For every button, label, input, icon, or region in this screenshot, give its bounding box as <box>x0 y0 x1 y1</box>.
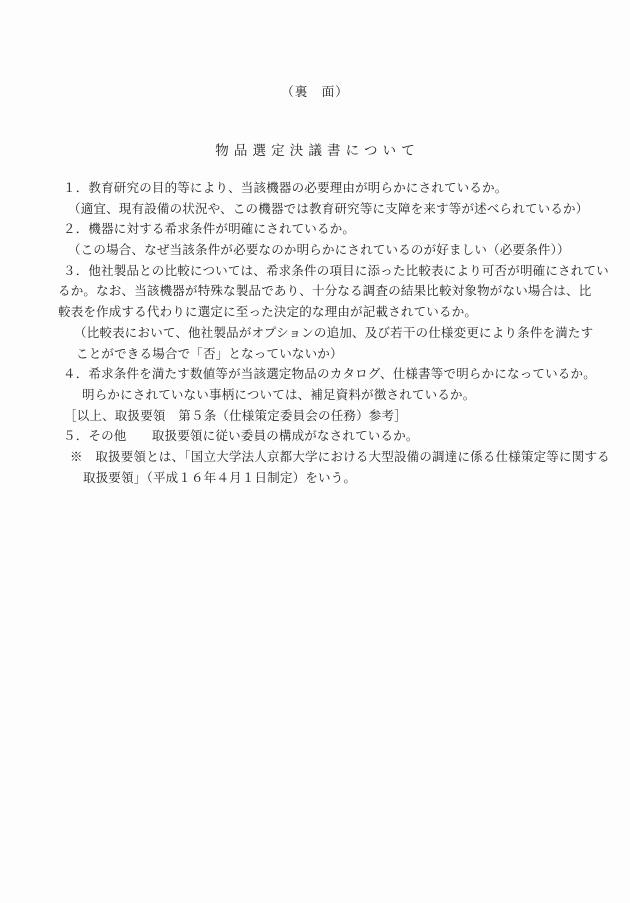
body-line-item-4: ４．希求条件を満たす数値等が当該選定物品のカタログ、仕様書等で明らかになっている… <box>0 364 630 385</box>
body-line-item-1-note: （適宜、現有設備の状況や、この機器では教育研究等に支障を来す等が述べられているか… <box>0 199 630 220</box>
body-line-reference: ［以上、取扱要領 第５条（仕様策定委員会の任務）参考］ <box>0 406 630 427</box>
document-page: （裏 面） 物品選定決議書について １．教育研究の目的等により、当該機器の必要理… <box>0 0 630 903</box>
body-line-item-3-cont-1: るか。なお、当該機器が特殊な製品であり、十分なる調査の結果比較対象物がない場合は… <box>0 281 630 302</box>
body-line-footnote: ※ 取扱要領とは、「国立大学法人京都大学における大型設備の調達に係る仕様策定等に… <box>0 447 630 468</box>
body-line-item-2: ２．機器に対する希求条件が明確にされているか。 <box>0 219 630 240</box>
document-title: 物品選定決議書について <box>0 139 630 159</box>
page-side-label: （裏 面） <box>0 82 630 100</box>
body-line-item-3-note-cont: ことができる場合で「否」となっていないか） <box>0 344 630 365</box>
body-line-item-2-note: （この場合、なぜ当該条件が必要なのか明らかにされているのが好ましい（必要条件）） <box>0 240 630 261</box>
body-line-item-3: ３．他社製品との比較については、希求条件の項目に添った比較表により可否が明確にさ… <box>0 261 630 282</box>
document-body: １．教育研究の目的等により、当該機器の必要理由が明らかにされているか。 （適宜、… <box>0 178 630 488</box>
body-line-item-3-note: （比較表において、他社製品がオプションの追加、及び若干の仕様変更により条件を満た… <box>0 323 630 344</box>
body-line-item-5: ５．その他 取扱要領に従い委員の構成がなされているか。 <box>0 426 630 447</box>
body-line-footnote-cont: 取扱要領」（平成１６年４月１日制定）をいう。 <box>0 468 630 489</box>
body-line-item-4-cont: 明らかにされていない事柄については、補足資料が徴されているか。 <box>0 385 630 406</box>
body-line-item-3-cont-2: 較表を作成する代わりに選定に至った決定的な理由が記載されているか。 <box>0 302 630 323</box>
body-line-item-1: １．教育研究の目的等により、当該機器の必要理由が明らかにされているか。 <box>0 178 630 199</box>
